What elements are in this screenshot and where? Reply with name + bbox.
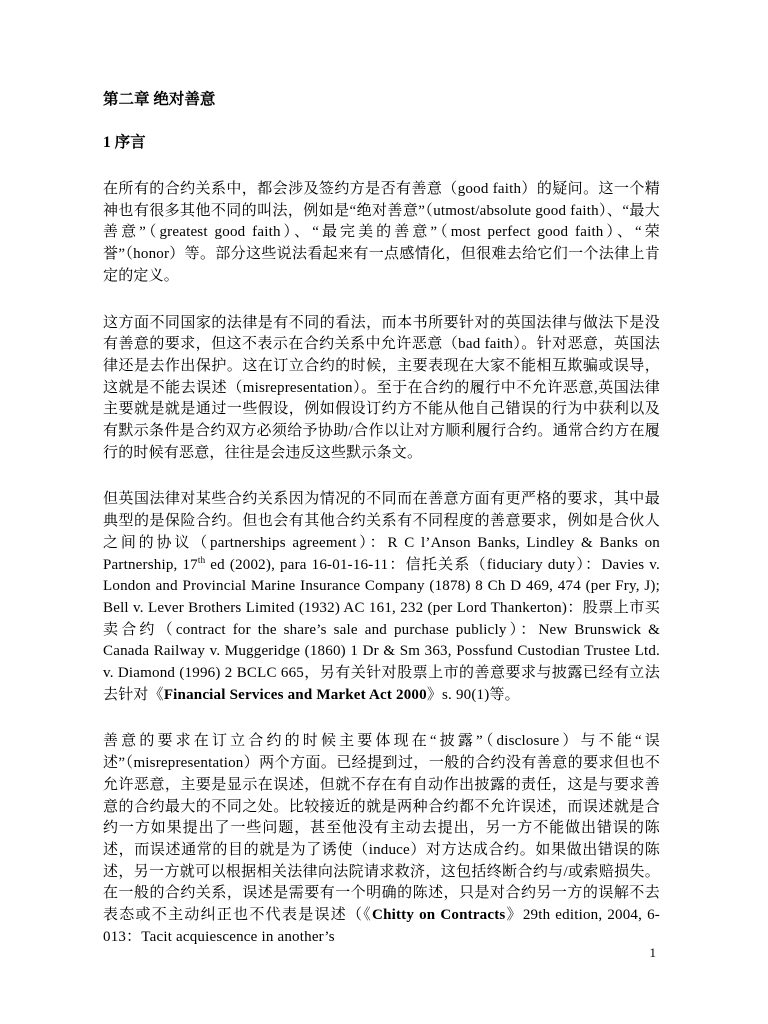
paragraph: 但英国法律对某些合约关系因为情况的不同而在善意方面有更严格的要求，其中最典型的是… [103, 489, 660, 706]
text-run: 》s. 90(1)等。 [427, 687, 520, 703]
paragraph: 这方面不同国家的法律是有不同的看法，而本书所要针对的英国法律与做法下是没有善意的… [103, 313, 660, 465]
text-run: ed (2002), para 16-01-16-11：信托关系（fiducia… [103, 557, 660, 703]
text-run: 善意的要求在订立合约的时候主要体现在“披露”（disclosure）与不能“误述… [103, 733, 660, 923]
section-heading: 1 序言 [103, 132, 660, 154]
book-title-text: Financial Services and Market Act 2000 [164, 687, 427, 703]
book-title-text: Chitty on Contracts [372, 907, 505, 923]
text-run: 这方面不同国家的法律是有不同的看法，而本书所要针对的英国法律与做法下是没有善意的… [103, 315, 660, 461]
paragraph: 善意的要求在订立合约的时候主要体现在“披露”（disclosure）与不能“误述… [103, 731, 660, 948]
page-number: 1 [650, 945, 657, 961]
paragraph: 在所有的合约关系中，都会涉及签约方是否有善意（good faith）的疑问。这一… [103, 179, 660, 288]
document-page: 第二章 绝对善意 1 序言 在所有的合约关系中，都会涉及签约方是否有善意（goo… [0, 0, 768, 1024]
chapter-title: 第二章 绝对善意 [103, 89, 660, 111]
document-body: 在所有的合约关系中，都会涉及签约方是否有善意（good faith）的疑问。这一… [103, 179, 660, 949]
text-run: 在所有的合约关系中，都会涉及签约方是否有善意（good faith）的疑问。这一… [103, 181, 660, 284]
